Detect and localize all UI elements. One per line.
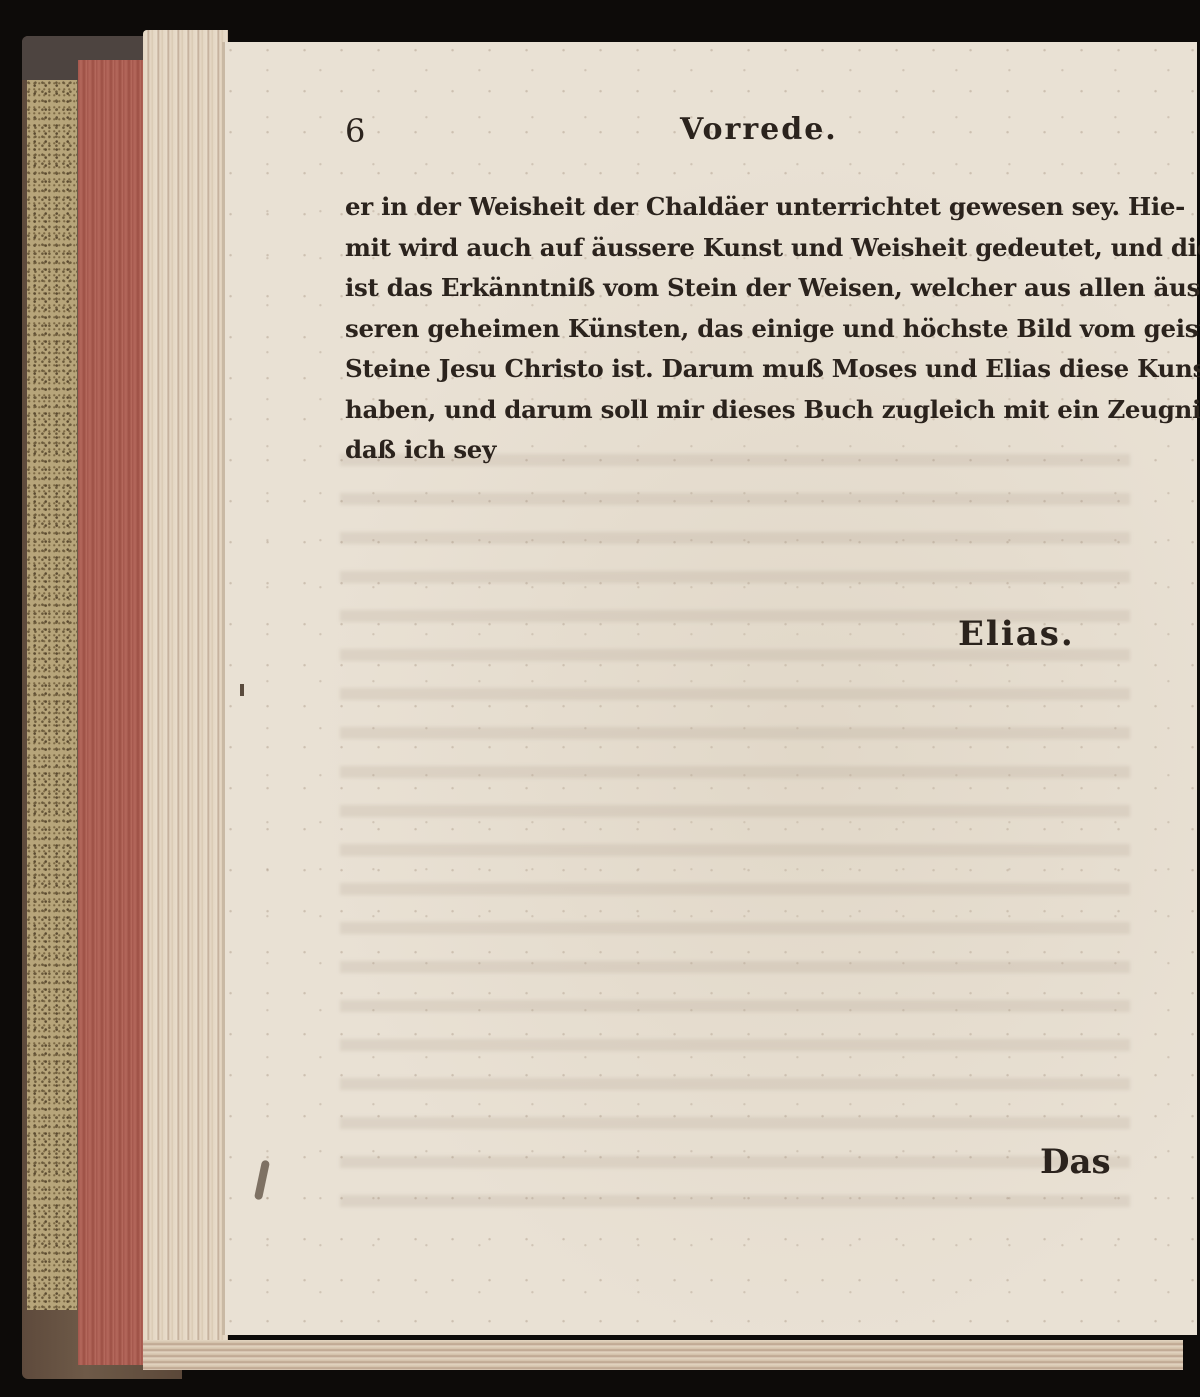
body-line: daß ich sey — [345, 430, 1130, 471]
body-line: haben, und darum soll mir dieses Buch zu… — [345, 390, 1130, 431]
catchword: Das — [1040, 1142, 1111, 1182]
speckled-endpaper — [27, 80, 77, 1310]
running-head: Vorrede. — [680, 112, 838, 147]
body-line: seren geheimen Künsten, das einige und h… — [345, 309, 1130, 350]
body-line: mit wird auch auf äussere Kunst und Weis… — [345, 228, 1130, 269]
author-signature: Elias. — [958, 614, 1075, 654]
red-page-edge — [78, 60, 143, 1365]
body-line: Steine Jesu Christo ist. Darum muß Moses… — [345, 349, 1130, 390]
bottom-page-edges — [143, 1340, 1183, 1370]
page-number: 6 — [345, 112, 365, 150]
ink-speck — [240, 684, 244, 696]
body-paragraph: er in der Weisheit der Chaldäer unterric… — [345, 187, 1130, 471]
body-line: ist das Erkänntniß vom Stein der Weisen,… — [345, 268, 1130, 309]
scan-background: 6 Vorrede. er in der Weisheit der Chaldä… — [0, 0, 1200, 1397]
body-line: er in der Weisheit der Chaldäer unterric… — [345, 187, 1130, 228]
page-stack-edges — [143, 30, 228, 1365]
show-through-text — [340, 440, 1130, 1220]
